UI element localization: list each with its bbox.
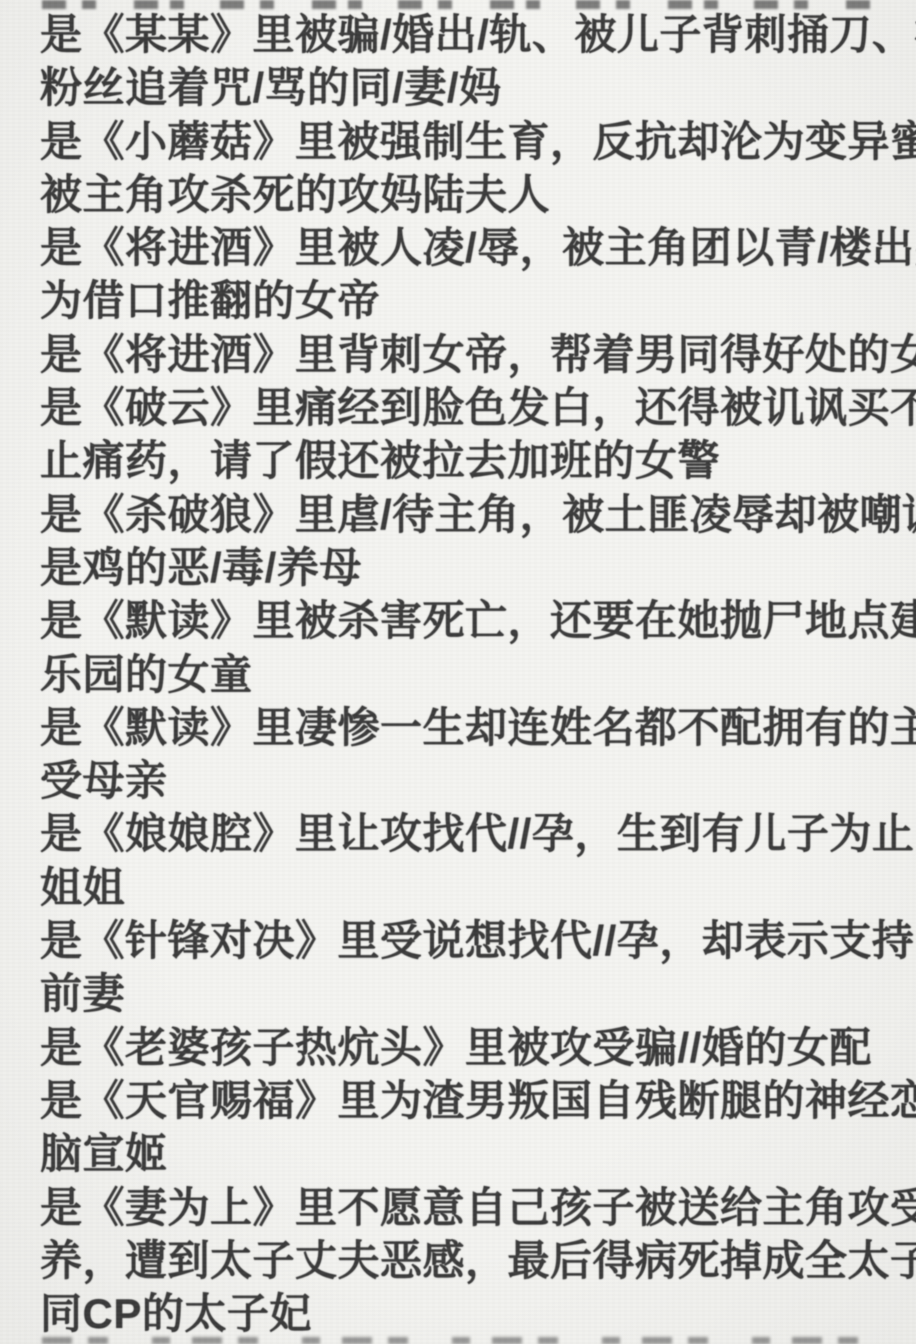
text-line: 是《默读》里凄惨一生却连姓名都不配拥有的主角 [40, 701, 908, 754]
text-line: 乐园的女童 [40, 648, 908, 701]
text-line: 是《妻为上》里不愿意自己孩子被送给主角攻受抱 [40, 1181, 908, 1234]
text-line: 姐姐 [40, 861, 908, 914]
text-line: 是《天官赐福》里为渣男叛国自残断腿的神经恋爱 [40, 1074, 908, 1127]
text-line: 是《娘娘腔》里让攻找代//孕，生到有儿子为止的 [40, 807, 908, 860]
text-line: 受母亲 [40, 754, 908, 807]
text-line: 是《将进酒》里被人凌/辱，被主角团以青/楼出身 [40, 221, 908, 274]
text-line: 是《小蘑菇》里被强制生育，反抗却沦为变异蜜蜂 [40, 115, 908, 168]
text-line: 是《某某》里被骗/婚出/轨、被儿子背刺捅刀、被 [40, 8, 908, 61]
text-page: 是《某某》里被骗/婚出/轨、被儿子背刺捅刀、被 粉丝追着咒/骂的同/妻/妈 是《… [0, 0, 916, 1344]
text-line: 是《针锋对决》里受说想找代//孕，却表示支持的 [40, 914, 908, 967]
text-block: 是《某某》里被骗/婚出/轨、被儿子背刺捅刀、被 粉丝追着咒/骂的同/妻/妈 是《… [40, 8, 908, 1340]
text-line: 是鸡的恶/毒/养母 [40, 541, 908, 594]
text-line: 为借口推翻的女帝 [40, 274, 908, 327]
text-line: 粉丝追着咒/骂的同/妻/妈 [40, 61, 908, 114]
text-line: 同CP的太子妃 [40, 1287, 908, 1340]
text-line: 是《杀破狼》里虐/待主角，被土匪凌辱却被嘲讽 [40, 488, 908, 541]
text-line: 是《默读》里被杀害死亡，还要在她抛尸地点建游 [40, 594, 908, 647]
text-line: 前妻 [40, 967, 908, 1020]
text-line: 是《老婆孩子热炕头》里被攻受骗//婚的女配 [40, 1021, 908, 1074]
text-line: 养，遭到太子丈夫恶感，最后得病死掉成全太子男 [40, 1234, 908, 1287]
text-line: 止痛药，请了假还被拉去加班的女警 [40, 434, 908, 487]
text-line: 是《破云》里痛经到脸色发白，还得被讥讽买不起 [40, 381, 908, 434]
text-line: 被主角攻杀死的攻妈陆夫人 [40, 168, 908, 221]
clipped-text-line-bottom [42, 1337, 866, 1344]
text-line: 是《将进酒》里背刺女帝，帮着男同得好处的女同 [40, 328, 908, 381]
text-line: 脑宣姬 [40, 1127, 908, 1180]
